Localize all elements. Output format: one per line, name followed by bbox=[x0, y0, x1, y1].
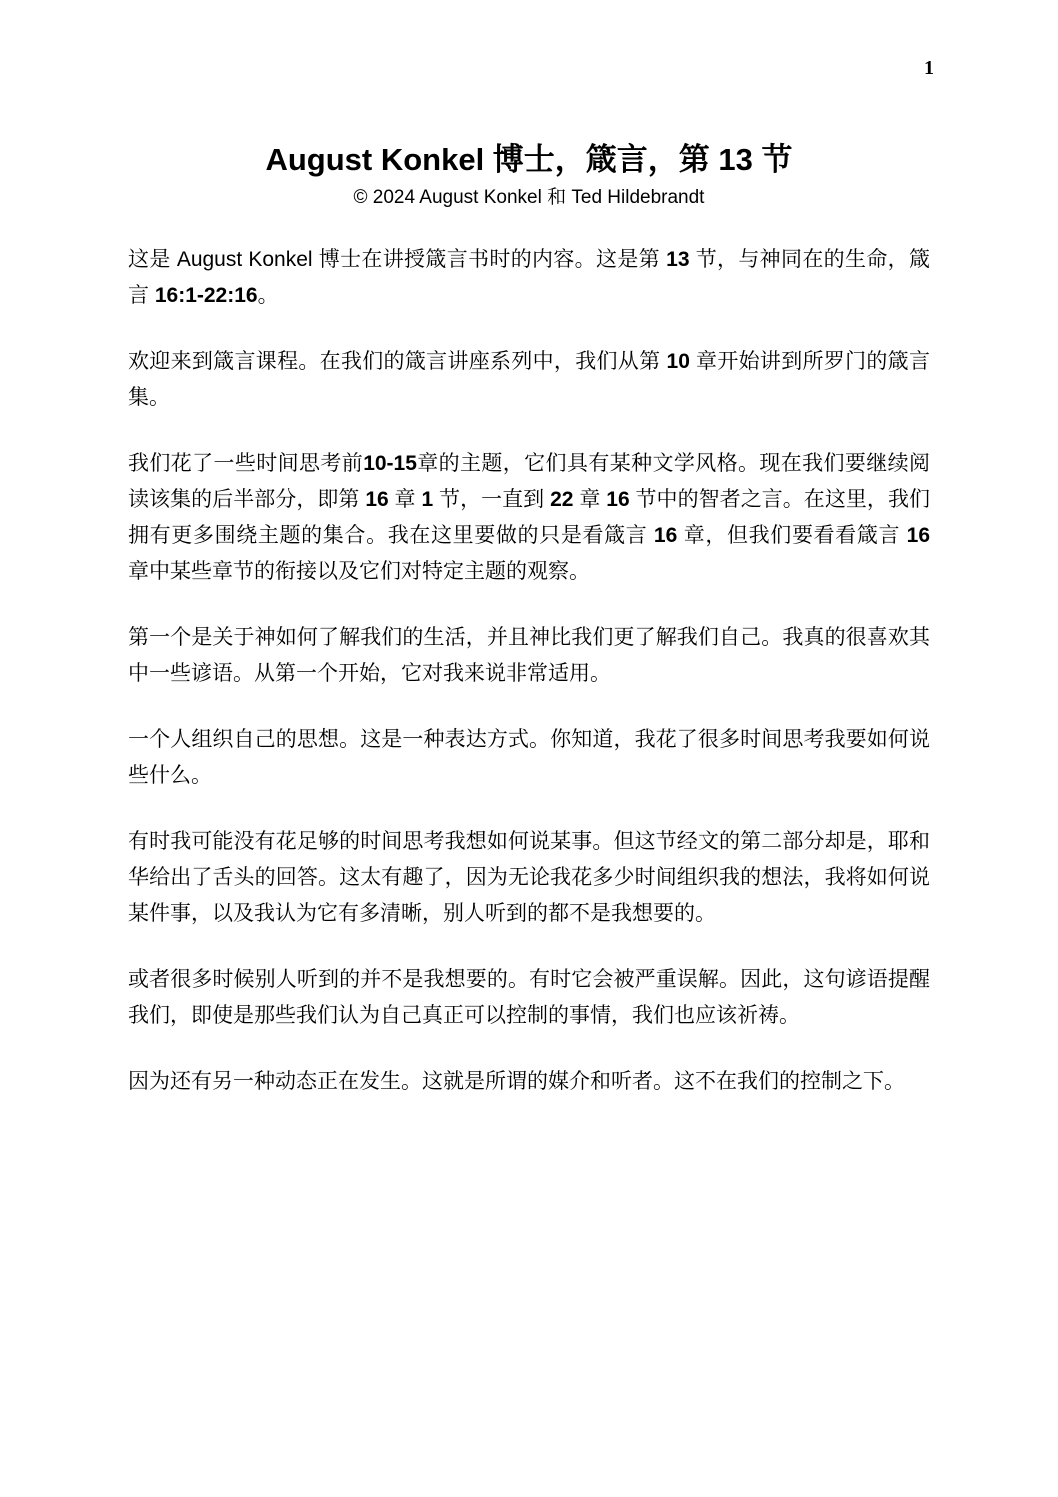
paragraph: 我们花了一些时间思考前10-15章的主题，它们具有某种文学风格。现在我们要继续阅… bbox=[128, 446, 930, 590]
document-page: 1 August Konkel 博士，箴言，第 13 节 © 2024 Augu… bbox=[0, 0, 1058, 1497]
paragraph: 第一个是关于神如何了解我们的生活，并且神比我们更了解我们自己。我真的很喜欢其中一… bbox=[128, 620, 930, 692]
document-body: 这是 August Konkel 博士在讲授箴言书时的内容。这是第 13 节，与… bbox=[128, 242, 930, 1100]
paragraph: 有时我可能没有花足够的时间思考我想如何说某事。但这节经文的第二部分却是，耶和华给… bbox=[128, 824, 930, 932]
paragraph: 或者很多时候别人听到的并不是我想要的。有时它会被严重误解。因此，这句谚语提醒我们… bbox=[128, 962, 930, 1034]
paragraph: 因为还有另一种动态正在发生。这就是所谓的媒介和听者。这不在我们的控制之下。 bbox=[128, 1064, 930, 1100]
copyright-line: © 2024 August Konkel 和 Ted Hildebrandt bbox=[128, 186, 930, 211]
paragraph: 欢迎来到箴言课程。在我们的箴言讲座系列中，我们从第 10 章开始讲到所罗门的箴言… bbox=[128, 344, 930, 416]
page-number: 1 bbox=[924, 58, 934, 78]
paragraph: 这是 August Konkel 博士在讲授箴言书时的内容。这是第 13 节，与… bbox=[128, 242, 930, 314]
paragraph: 一个人组织自己的思想。这是一种表达方式。你知道，我花了很多时间思考我要如何说些什… bbox=[128, 722, 930, 794]
page-title: August Konkel 博士，箴言，第 13 节 bbox=[128, 142, 930, 178]
